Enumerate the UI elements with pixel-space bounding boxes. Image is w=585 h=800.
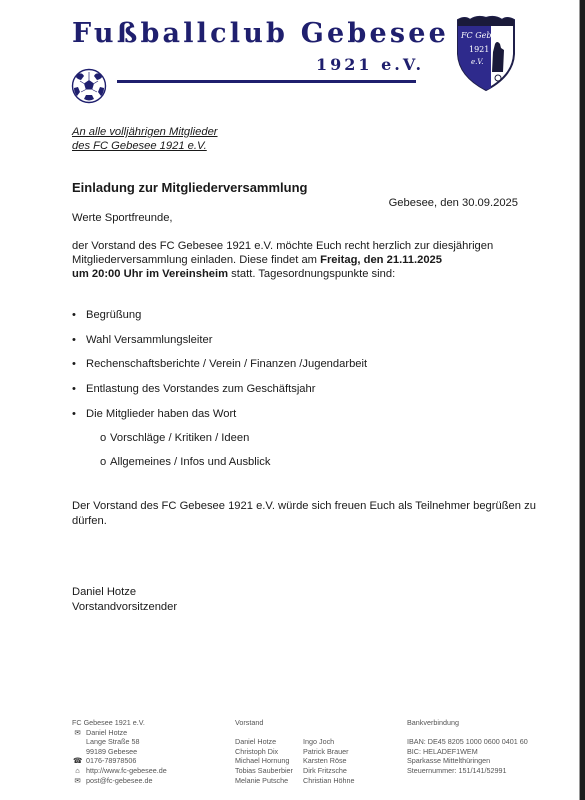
footer-bank-lines: IBAN: DE45 8205 1000 0600 0401 60 BIC: H… <box>407 737 528 775</box>
footer-contact-name-row: ✉Daniel Hotze <box>72 728 167 738</box>
footer-contact-name: Daniel Hotze <box>86 728 127 737</box>
bank-iban: IBAN: DE45 8205 1000 0600 0401 60 <box>407 737 528 747</box>
board-member: Michael Hornung <box>235 756 303 766</box>
board-column-1: Daniel Hotze Christoph Dix Michael Hornu… <box>235 737 303 785</box>
club-crest-icon: FC Gebesee 1921 e.V. <box>455 14 517 92</box>
signer-role: Vorstandvorsitzender <box>72 600 177 615</box>
footer-org: FC Gebesee 1921 e.V. <box>72 718 167 728</box>
footer-web-link[interactable]: http://www.fc-gebesee.de <box>86 766 167 775</box>
board-member: Christian Höhne <box>303 776 371 786</box>
intro-text: statt. Tagesordnungspunkte sind: <box>228 268 395 280</box>
footer-phone-row: ☎0176-78978506 <box>72 756 167 766</box>
bullet-icon: • <box>72 408 76 420</box>
board-member: Christoph Dix <box>235 747 303 757</box>
addressee-line: des FC Gebesee 1921 e.V. <box>72 139 218 153</box>
meeting-date: Freitag, den 21.11.2025 <box>320 254 442 266</box>
letter-subject: Einladung zur Mitgliederversammlung <box>72 180 307 195</box>
mailbox-icon: ✉ <box>73 728 82 737</box>
intro-line-3: um 20:00 Uhr im Vereinsheim statt. Tages… <box>72 267 493 281</box>
letter-date: Gebesee, den 30.09.2025 <box>389 197 518 209</box>
meeting-time-place: um 20:00 Uhr im Vereinsheim <box>72 268 228 280</box>
envelope-icon: ✉ <box>73 776 82 785</box>
footer-phone: 0176-78978506 <box>86 756 136 765</box>
closing-line: Der Vorstand des FC Gebesee 1921 e.V. wü… <box>72 499 536 514</box>
footer-email-link[interactable]: post@fc-gebesee.de <box>86 776 152 785</box>
soccer-ball-icon <box>71 68 107 104</box>
closing-paragraph: Der Vorstand des FC Gebesee 1921 e.V. wü… <box>72 499 536 528</box>
intro-line-1: der Vorstand des FC Gebesee 1921 e.V. mö… <box>72 239 493 253</box>
bullet-icon: • <box>72 358 76 370</box>
svg-text:FC Gebesee: FC Gebesee <box>460 31 510 40</box>
footer-bank: Bankverbindung IBAN: DE45 8205 1000 0600… <box>407 718 528 776</box>
svg-text:e.V.: e.V. <box>471 58 483 66</box>
footer-contact: FC Gebesee 1921 e.V. ✉Daniel Hotze Lange… <box>72 718 167 785</box>
letter-page: Fußballclub Gebesee 1921 e.V. FC Gebesee… <box>0 0 580 800</box>
footer-street: Lange Straße 58 <box>86 737 140 746</box>
club-year: 1921 e.V. <box>316 55 424 74</box>
board-member: Tobias Sauberbier <box>235 766 303 776</box>
club-name: Fußballclub Gebesee <box>72 18 449 49</box>
board-member: Daniel Hotze <box>235 737 303 747</box>
footer-city-row: 99189 Gebesee <box>72 747 167 757</box>
salutation: Werte Sportfreunde, <box>72 211 173 225</box>
closing-line: dürfen. <box>72 514 536 529</box>
bullet-icon: • <box>72 309 76 321</box>
window-edge <box>579 0 585 800</box>
bank-bic: BIC: HELADEF1WEM <box>407 747 528 757</box>
footer-city: 99189 Gebesee <box>86 747 137 756</box>
board-member: Patrick Brauer <box>303 747 371 757</box>
addressee-line: An alle volljährigen Mitglieder <box>72 125 218 139</box>
telephone-icon: ☎ <box>73 756 82 765</box>
footer-board: Vorstand Daniel Hotze Christoph Dix Mich… <box>235 718 371 785</box>
addressee-block: An alle volljährigen Mitglieder des FC G… <box>72 125 218 153</box>
signer-name: Daniel Hotze <box>72 585 177 600</box>
tax-number: Steuernummer: 151/141/52991 <box>407 766 528 776</box>
footer-board-names: Daniel Hotze Christoph Dix Michael Hornu… <box>235 737 371 785</box>
bullet-icon: • <box>72 334 76 346</box>
intro-paragraph: der Vorstand des FC Gebesee 1921 e.V. mö… <box>72 239 493 281</box>
sub-bullet-icon: o <box>100 432 106 444</box>
intro-line-2: Mitgliederversammlung einladen. Diese fi… <box>72 253 493 267</box>
footer-email-row: ✉post@fc-gebesee.de <box>72 776 167 786</box>
sub-bullet-icon: o <box>100 456 106 468</box>
footer-board-title: Vorstand <box>235 718 371 728</box>
board-member: Karsten Röse <box>303 756 371 766</box>
header-rule <box>117 80 416 83</box>
footer-street-row: Lange Straße 58 <box>72 737 167 747</box>
bullet-icon: • <box>72 383 76 395</box>
board-member: Dirk Fritzsche <box>303 766 371 776</box>
house-icon: ⌂ <box>73 766 82 775</box>
bank-name: Sparkasse Mittelthüringen <box>407 756 528 766</box>
intro-text: Mitgliederversammlung einladen. Diese fi… <box>72 254 320 266</box>
signature-block: Daniel Hotze Vorstandvorsitzender <box>72 585 177 614</box>
board-member: Melanie Putsche <box>235 776 303 786</box>
svg-text:1921: 1921 <box>469 45 489 54</box>
footer-web-row: ⌂http://www.fc-gebesee.de <box>72 766 167 776</box>
board-member: Ingo Joch <box>303 737 371 747</box>
board-column-2: Ingo Joch Patrick Brauer Karsten Röse Di… <box>303 737 371 785</box>
footer-bank-title: Bankverbindung <box>407 718 528 728</box>
